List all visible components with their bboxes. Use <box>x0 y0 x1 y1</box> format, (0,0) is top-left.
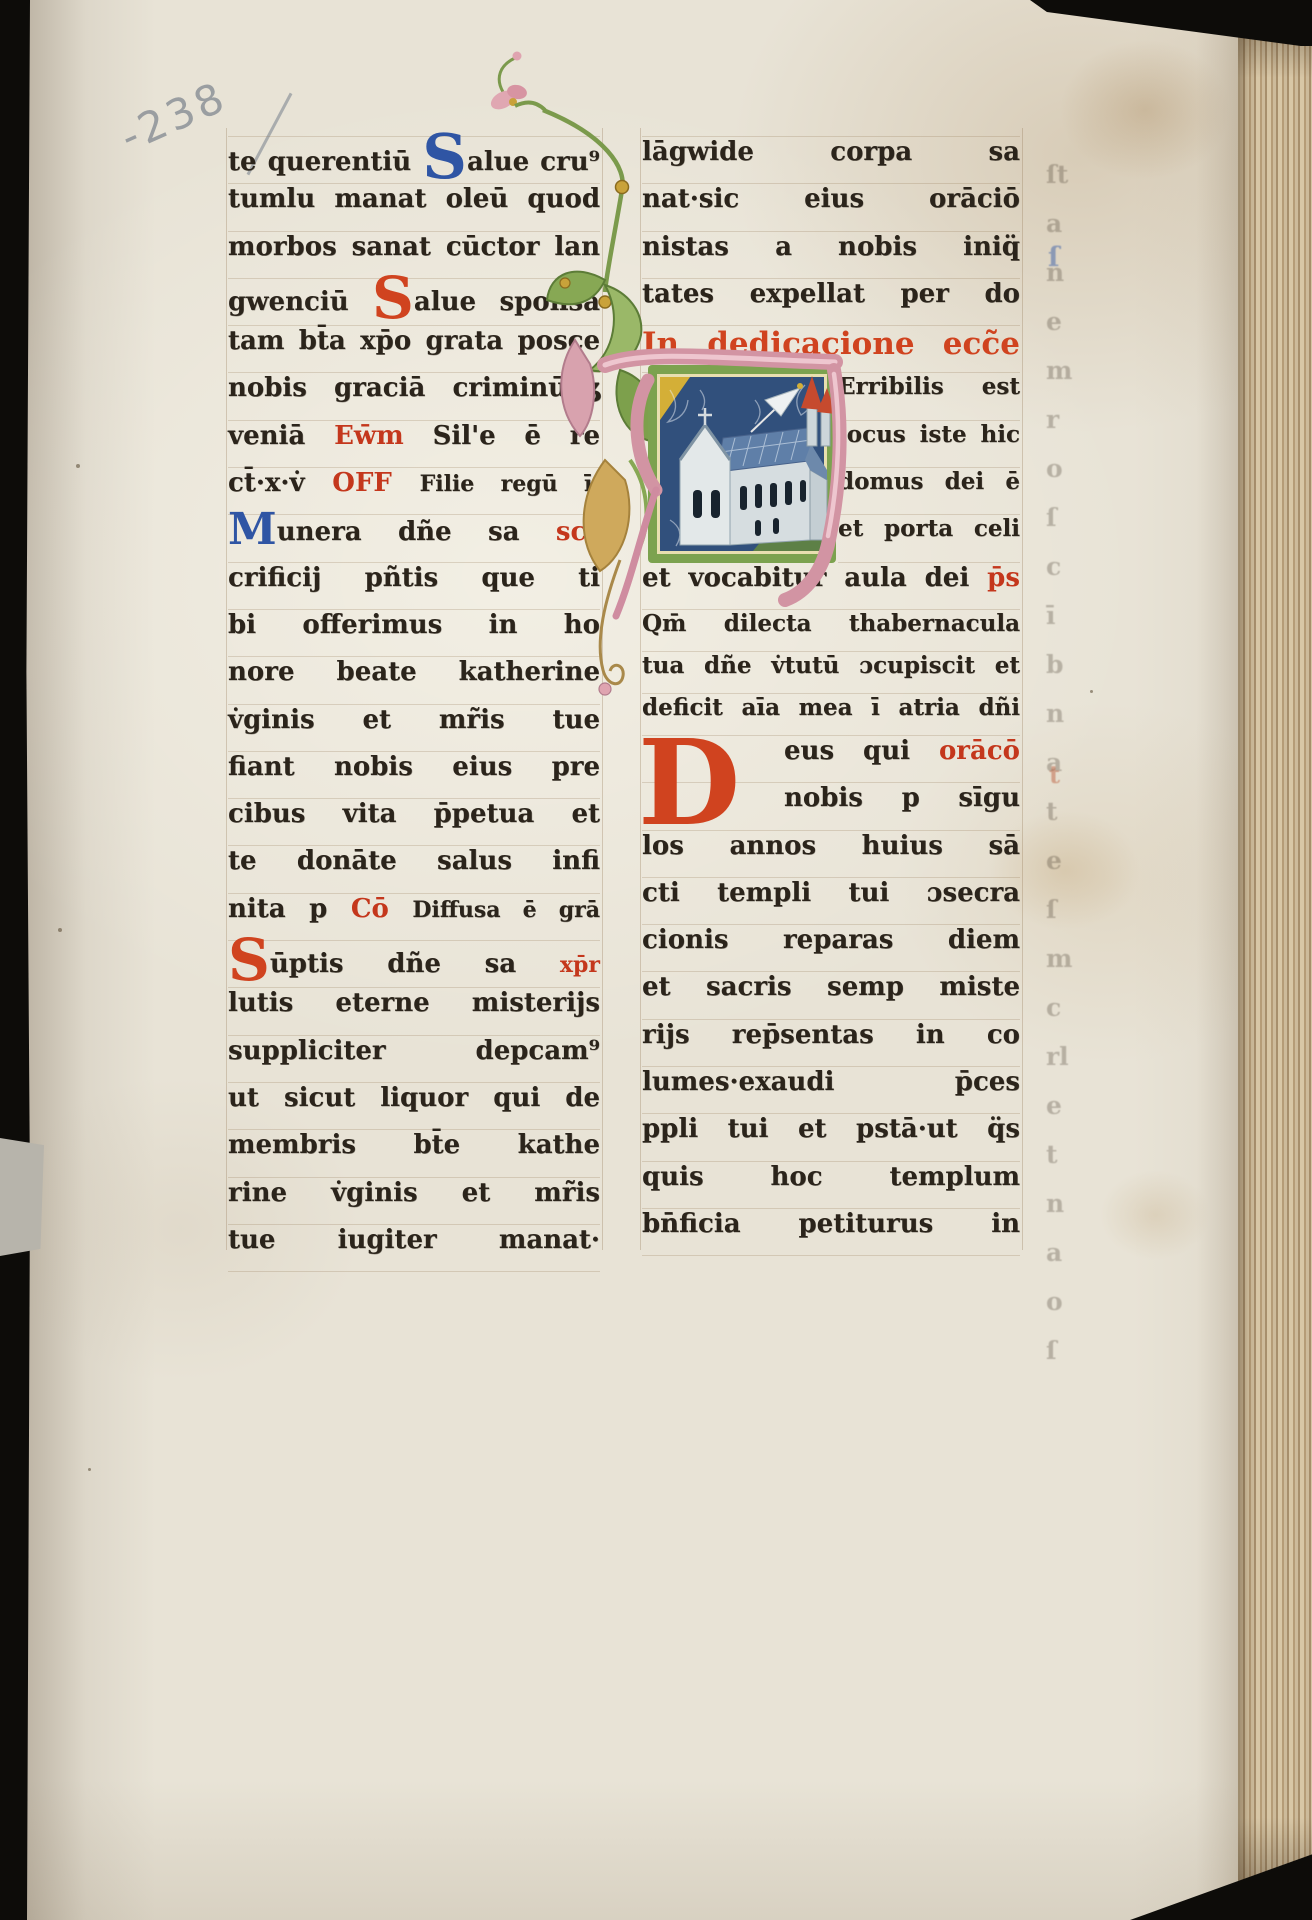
manuscript-scan: -238 te querentiū Salue cru⁹tumlu manat … <box>0 0 1312 1920</box>
text-segment: membris bt̄e kathe <box>228 1130 600 1160</box>
speck <box>1090 690 1093 693</box>
text-line: suppliciter depcam⁹ <box>228 1036 600 1083</box>
text-line: lumes·exaudi p̄ces <box>642 1067 1020 1114</box>
text-line: fiant nobis eius pre <box>228 752 600 799</box>
text-segment: nita p <box>228 894 351 924</box>
speck <box>76 464 80 468</box>
text-segment: eus qui <box>784 736 939 766</box>
page-edge-shadow <box>1196 0 1240 1920</box>
text-segment: xp̄r <box>560 952 600 978</box>
text-segment: p̄s <box>987 563 1020 593</box>
text-line: cibus vita p̄petua et <box>228 799 600 846</box>
text-segment: S <box>372 264 414 332</box>
ghost-text-red-fragment: t <box>1049 760 1060 789</box>
text-segment: S <box>228 926 270 994</box>
text-segment: los annos huius sā <box>642 831 1020 861</box>
text-segment: lutis eterne misterijs <box>228 988 600 1018</box>
text-segment: ut sicut liquor qui de <box>228 1083 600 1113</box>
text-line: rine v̇ginis et mr̃is <box>228 1178 600 1225</box>
text-segment: Cō <box>351 894 413 924</box>
text-segment: veniā <box>228 421 334 451</box>
text-line: et sacris semp miste <box>642 972 1020 1019</box>
text-segment: ūptis dñe sa <box>270 949 560 979</box>
text-segment: te querentiū <box>228 147 422 177</box>
text-segment: fiant nobis eius pre <box>228 752 600 782</box>
text-segment: Ew̄m <box>334 421 433 451</box>
illumination-artwork <box>455 40 875 740</box>
text-line: quis hoc templum <box>642 1162 1020 1209</box>
text-segment: orācō <box>939 736 1020 766</box>
stem-spiral <box>599 560 623 695</box>
speck <box>88 1468 91 1471</box>
text-segment: gwenciū <box>228 287 372 317</box>
text-segment: te donāte salus infi <box>228 846 600 876</box>
text-segment: ct̄·x·v̇ <box>228 468 332 498</box>
text-segment: ppli tui et pstā·ut q̈s <box>642 1114 1020 1144</box>
text-line: tue iugiter manat· <box>228 1225 600 1272</box>
text-segment: M <box>228 504 277 555</box>
text-line: cionis reparas diem <box>642 925 1020 972</box>
ruling-line-vertical <box>226 128 227 1250</box>
text-segment: suppliciter depcam⁹ <box>228 1036 600 1066</box>
text-segment: rijs rep̄sentas in co <box>642 1020 1020 1050</box>
text-segment: OFF <box>332 468 419 498</box>
text-line: rijs rep̄sentas in co <box>642 1020 1020 1067</box>
text-line: membris bt̄e kathe <box>228 1130 600 1177</box>
text-segment: tue iugiter manat· <box>228 1225 600 1255</box>
text-line: lutis eterne misterijs <box>228 988 600 1035</box>
ghost-text-blue-fragment: ſ <box>1048 242 1060 273</box>
text-segment: nobis p sīgu <box>784 783 1020 813</box>
text-line: nita p Cō Diffusa ē grā <box>228 894 600 941</box>
text-segment: quis hoc templum <box>642 1162 1020 1192</box>
text-line: Deus qui orācō <box>642 736 1020 783</box>
scan-background-left <box>0 0 30 1920</box>
text-segment: cibus vita p̄petua et <box>228 799 600 829</box>
text-line: nobis p sīgu <box>642 783 1020 830</box>
text-line: cti templi tui ɔsecra <box>642 878 1020 925</box>
text-line: ut sicut liquor qui de <box>228 1083 600 1130</box>
text-line: bn̄ficia petiturus in <box>642 1209 1020 1256</box>
stain <box>1100 1170 1210 1260</box>
text-segment: Diffusa ē grā <box>412 897 600 923</box>
text-line: te donāte salus infi <box>228 846 600 893</box>
speck <box>58 928 62 932</box>
book-fore-edge <box>1238 8 1312 1908</box>
gold-ball <box>599 296 611 308</box>
ruling-line-vertical <box>1022 128 1023 1250</box>
border-flower <box>488 52 545 114</box>
text-line: ppli tui et pstā·ut q̈s <box>642 1114 1020 1161</box>
text-segment: lumes·exaudi p̄ces <box>642 1067 1020 1097</box>
ghost-text-edge: ſtanemroſcībnateſmcrletnaoſ <box>1046 150 1070 1250</box>
gold-ball <box>616 181 629 194</box>
text-line: los annos huius sā <box>642 831 1020 878</box>
text-segment: cti templi tui ɔsecra <box>642 878 1020 908</box>
text-segment: et sacris semp miste <box>642 972 1020 1002</box>
gold-ball <box>560 278 570 288</box>
text-line: Sūptis dñe sa xp̄r <box>228 941 600 988</box>
text-segment: cionis reparas diem <box>642 925 1020 955</box>
historiated-initial <box>605 356 840 616</box>
text-segment: rine v̇ginis et mr̃is <box>228 1178 600 1208</box>
left-edge-tab <box>0 1138 44 1256</box>
text-segment: bn̄ficia petiturus in <box>642 1209 1020 1239</box>
